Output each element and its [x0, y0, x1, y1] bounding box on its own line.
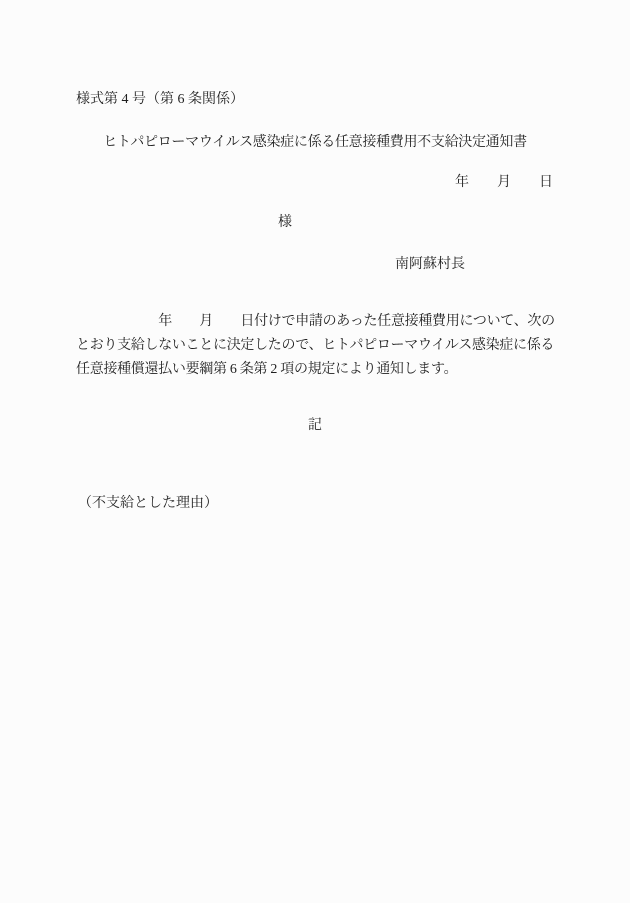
body-line-3: 任意接種償還払い要綱第 6 条第 2 項の規定により通知します。 [76, 358, 571, 382]
form-number: 様式第 4 号（第 6 条関係） [76, 91, 244, 108]
body-paragraph: 年 月 日付けで申請のあった任意接種費用について、次の とおり支給しないことに決… [76, 310, 571, 382]
reason-label: （不支給とした理由） [78, 495, 218, 512]
document-page: 様式第 4 号（第 6 条関係） ヒトパピローマウイルス感染症に係る任意接種費用… [0, 0, 630, 903]
body-line-2: とおり支給しないことに決定したので、ヒトパピローマウイルス感染症に係る [76, 334, 571, 358]
addressee-suffix: 様 [278, 214, 292, 231]
document-title: ヒトパピローマウイルス感染症に係る任意接種費用不支給決定通知書 [0, 134, 630, 151]
body-line-1: 年 月 日付けで申請のあった任意接種費用について、次の [76, 310, 571, 334]
date-blank-line: 年 月 日 [455, 174, 553, 191]
ki-heading: 記 [0, 417, 630, 434]
sender-name: 南阿蘇村長 [395, 256, 465, 273]
